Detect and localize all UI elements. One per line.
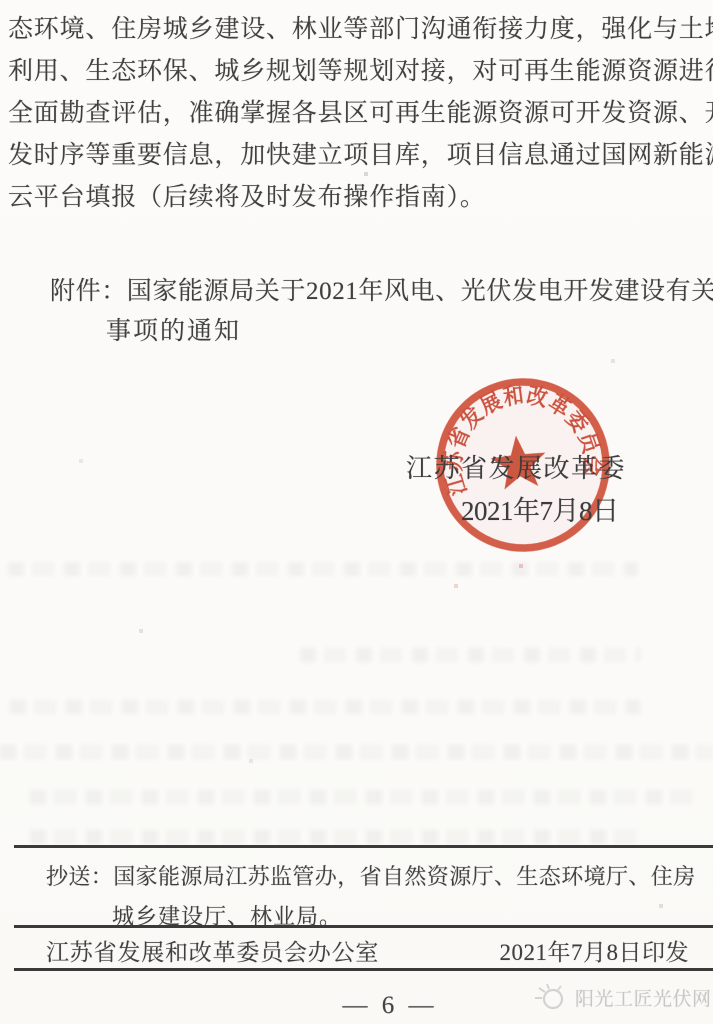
footer-print-date: 2021年7月8日印发 [500, 934, 690, 967]
body-line: 利用、生态环保、城乡规划等规划对接，对可再生能源资源进行 [8, 51, 708, 93]
cc-line-1: 抄送：国家能源局江苏监管办，省自然资源厅、生态环境厅、住房 [46, 857, 706, 897]
body-paragraph: 态环境、住房城乡建设、林业等部门沟通衔接力度，强化与土地 利用、生态环保、城乡规… [8, 9, 708, 219]
bleedthrough-ghost-line [30, 790, 700, 804]
footer-issuing-office: 江苏省发展和改革委员会办公室 [46, 934, 379, 967]
document-page: 态环境、住房城乡建设、林业等部门沟通衔接力度，强化与土地 利用、生态环保、城乡规… [0, 0, 713, 1024]
body-line: 全面勘查评估，准确掌握各县区可再生能源资源可开发资源、开 [8, 93, 708, 135]
attachment-block: 附件：国家能源局关于2021年风电、光伏发电开发建设有关 事项的通知 [50, 272, 710, 352]
body-line: 发时序等重要信息，加快建立项目库，项目信息通过国网新能源 [8, 135, 708, 177]
sun-icon [531, 980, 571, 1014]
signature-org: 江苏省发展改革委 [406, 448, 626, 485]
attachment-line-2: 事项的通知 [50, 312, 710, 352]
attachment-line-1: 附件：国家能源局关于2021年风电、光伏发电开发建设有关 [50, 272, 710, 312]
bleedthrough-ghost-line [30, 830, 640, 844]
signature-date: 2021年7月8日 [461, 489, 619, 528]
page-number: — 6 — [330, 992, 450, 1020]
separator-line-middle [14, 925, 713, 928]
bleedthrough-ghost-line [10, 700, 640, 714]
bleedthrough-ghost-line [0, 745, 713, 759]
cc-line-2: 城乡建设厅、林业局。 [46, 897, 706, 937]
bleedthrough-ghost-line [300, 648, 640, 662]
scan-noise-specks [0, 0, 2, 2]
body-line: 云平台填报（后续将及时发布操作指南）。 [8, 177, 708, 219]
body-line: 态环境、住房城乡建设、林业等部门沟通衔接力度，强化与土地 [8, 9, 708, 51]
site-watermark: 阳光工匠光伏网 [531, 980, 712, 1014]
watermark-text: 阳光工匠光伏网 [575, 984, 712, 1011]
separator-line-top [14, 845, 713, 848]
separator-line-bottom [14, 968, 713, 971]
bleedthrough-ghost-line [8, 562, 638, 576]
